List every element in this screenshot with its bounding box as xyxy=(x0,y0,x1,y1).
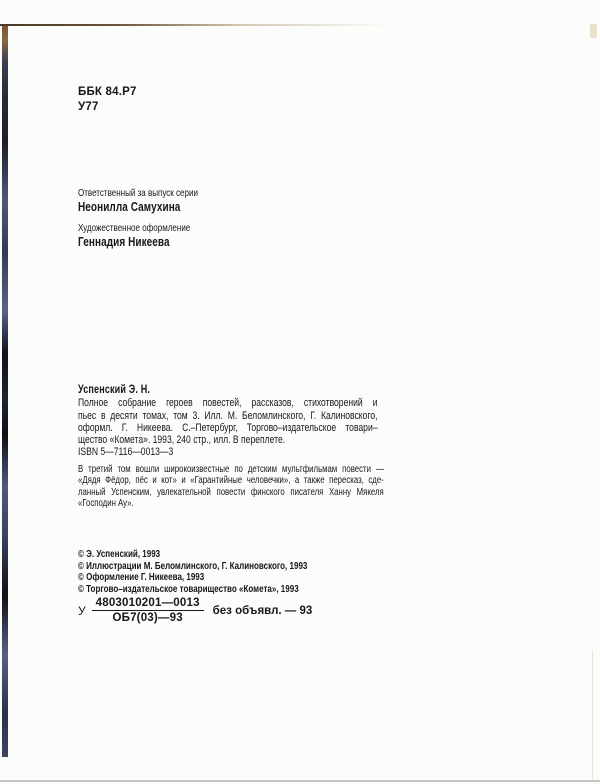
series-editor-name: Неонилла Самухина xyxy=(78,200,281,214)
copyright-line: © Оформление Г. Никеева, 1993 xyxy=(78,572,390,584)
catalog-suffix: без объявл. — 93 xyxy=(213,605,313,617)
page-bottom-edge-line xyxy=(0,780,600,782)
book-spine-shadow xyxy=(2,25,8,757)
catalog-letter: У xyxy=(78,604,86,618)
bbk-block: ББК 84.Р7 У77 xyxy=(78,85,137,115)
biblio-line: Полное собрание героев повестей, рассказ… xyxy=(78,397,378,409)
annotation-block: В третий том вошли широкоизвестные по де… xyxy=(78,464,384,509)
annotation-line: ланный Успенским, увлекательной повести … xyxy=(78,487,384,498)
page-right-edge-line xyxy=(592,650,593,780)
author-sign-code: У77 xyxy=(78,100,137,115)
series-staff-block: Ответственный за выпуск серии Неонилла С… xyxy=(78,188,281,249)
page-top-edge-line xyxy=(0,24,390,26)
catalog-number-block: У 4803010201—0013 ОБ7(03)—93 без объявл.… xyxy=(78,597,312,624)
catalog-denominator: ОБ7(03)—93 xyxy=(92,611,204,624)
book-imprint-page: ББК 84.Р7 У77 Ответственный за выпуск се… xyxy=(0,0,600,784)
copyright-line: © Иллюстрации М. Беломлинского, Г. Калин… xyxy=(78,561,390,573)
annotation-line: «Господин Ау». xyxy=(78,498,384,509)
biblio-line: щество «Комета». 1993, 240 стр., илл. В … xyxy=(78,434,378,446)
copyright-line: © Торгово–издательское товарищество «Ком… xyxy=(78,584,390,596)
scan-smudge xyxy=(590,24,597,38)
copyright-line: © Э. Успенский, 1993 xyxy=(78,549,390,561)
spacer xyxy=(78,214,281,223)
catalog-numerator: 4803010201—0013 xyxy=(92,597,204,611)
biblio-line: оформл. Г. Никеева. С.–Петербург, Торгов… xyxy=(78,422,378,434)
bibliographic-block: Успенский Э. Н. Полное собрание героев п… xyxy=(78,384,378,459)
annotation-line: В третий том вошли широкоизвестные по де… xyxy=(78,464,384,475)
book-author: Успенский Э. Н. xyxy=(78,384,378,396)
biblio-line: пьес в десяти томах, том 3. Илл. М. Бело… xyxy=(78,410,378,422)
copyright-block: © Э. Успенский, 1993 © Иллюстрации М. Бе… xyxy=(78,549,390,595)
catalog-fraction: 4803010201—0013 ОБ7(03)—93 xyxy=(92,597,204,624)
isbn-number: ISBN 5—7116—0013—3 xyxy=(78,446,378,458)
designer-name: Геннадия Никеева xyxy=(78,235,281,249)
annotation-line: «Дядя Фёдор, пёс и кот» и «Гарантийные ч… xyxy=(78,475,384,486)
bbk-code: ББК 84.Р7 xyxy=(78,85,137,100)
